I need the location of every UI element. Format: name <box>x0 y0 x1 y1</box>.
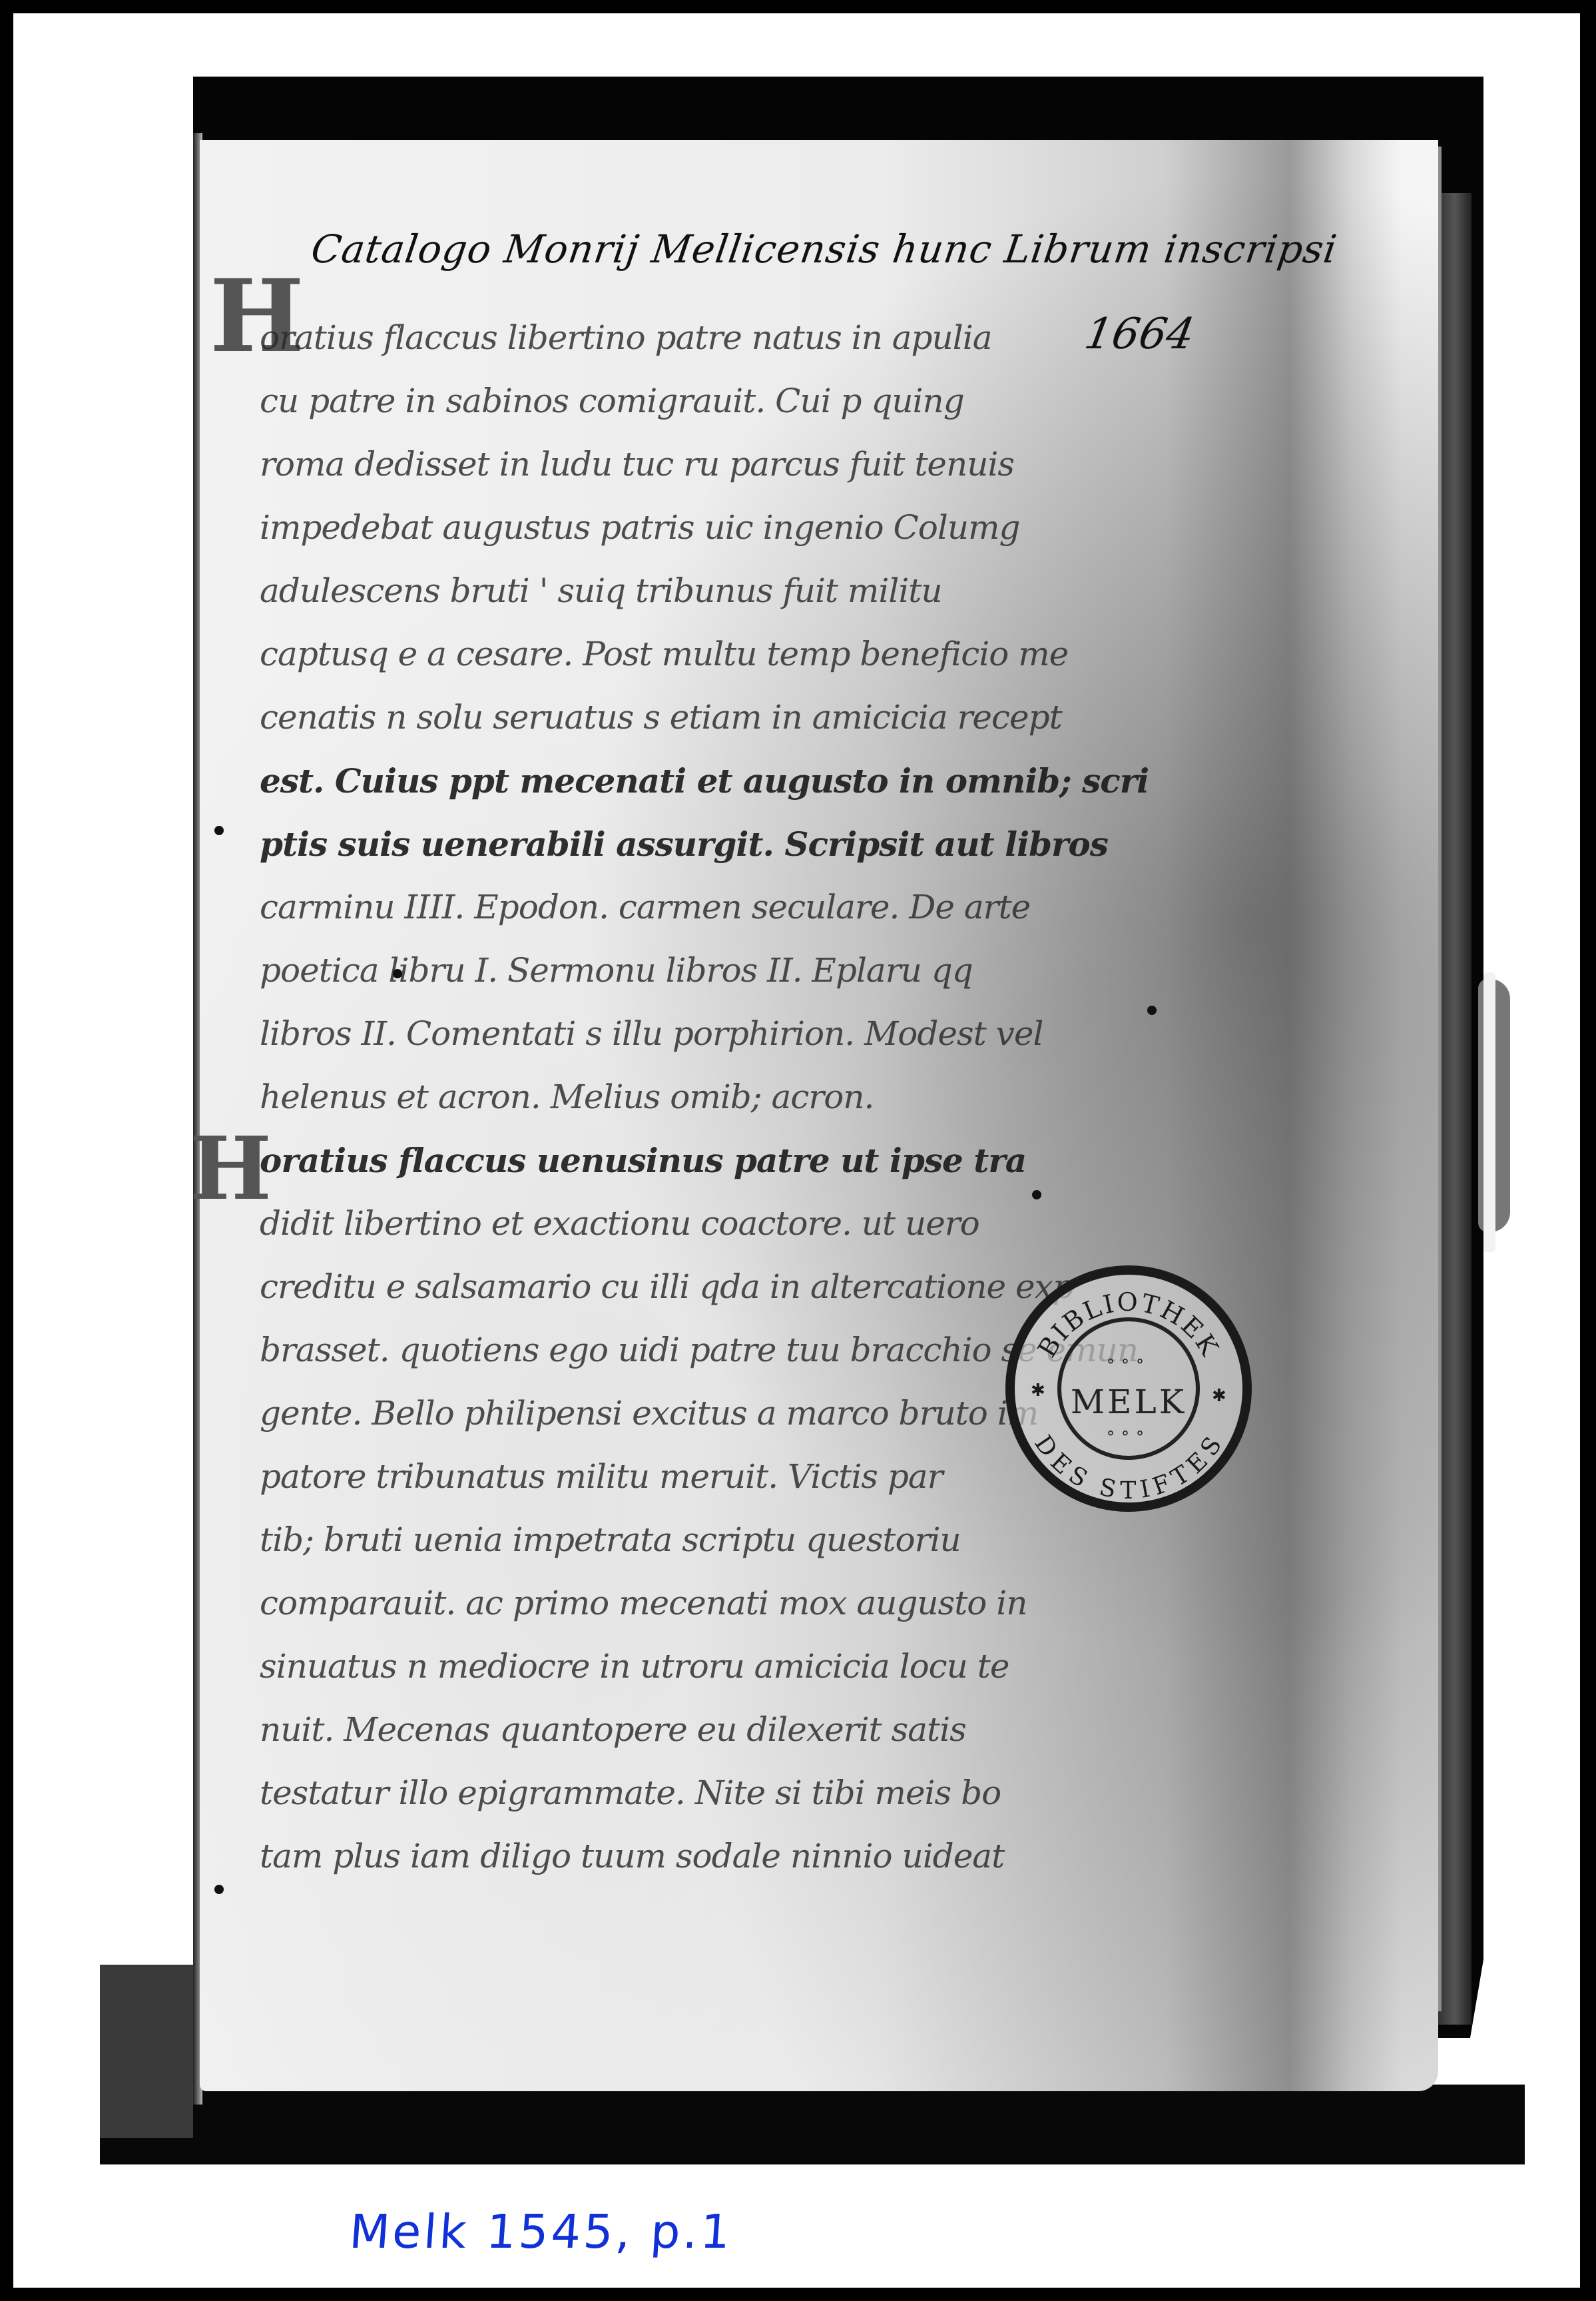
text-line: didit libertino et exactionu coactore. u… <box>260 1192 1045 1255</box>
text-line: gente. Bello philipensi excitus a marco … <box>260 1382 1045 1445</box>
text-line: oratius flaccus libertino patre natus in… <box>260 306 1045 370</box>
text-line: poetica libru I. Sermonu libros II. Epla… <box>260 939 1045 1002</box>
stamp-inner-ring: °°° MELK °°° <box>1057 1317 1200 1460</box>
text-line: brasset. quotiens ego uidi patre tuu bra… <box>260 1319 1045 1382</box>
stamp-center-text: MELK <box>1061 1383 1196 1421</box>
manuscript-text: oratius flaccus libertino patre natus in… <box>260 306 1045 1888</box>
text-line: tib; bruti uenia impetrata scriptu quest… <box>260 1508 1045 1572</box>
stamp-ornament: °°° <box>1061 1356 1196 1375</box>
text-line: patore tribunatus militu meruit. Victis … <box>260 1445 1045 1508</box>
library-stamp: BIBLIOTHEK DES STIFTES ✱ ✱ °°° MELK °°° <box>1005 1265 1252 1512</box>
text-line: helenus et acron. Melius omib; acron. <box>260 1066 1045 1129</box>
catalog-annotation: Catalogo Monrij Mellicensis hunc Librum … <box>308 226 1340 272</box>
asterisk-icon: ✱ <box>1212 1386 1226 1406</box>
stamp-ornament: °°° <box>1061 1428 1196 1447</box>
ink-spot <box>214 1885 224 1894</box>
text-line: adulescens bruti ' suiq tribunus fuit mi… <box>260 559 1045 623</box>
text-line: cenatis n solu seruatus s etiam in amici… <box>260 686 1045 749</box>
asterisk-icon: ✱ <box>1031 1381 1045 1401</box>
ink-spot <box>1032 1190 1041 1199</box>
text-line: comparauit. ac primo mecenati mox august… <box>260 1572 1045 1635</box>
text-line: carminu IIII. Epodon. carmen seculare. D… <box>260 876 1045 939</box>
photo-bottom-shadow <box>100 2085 1525 2164</box>
text-line: cu patre in sabinos comigrauit. Cui p qu… <box>260 370 1045 433</box>
text-line: creditu e salsamario cu illi qda in alte… <box>260 1255 1045 1319</box>
text-line: impedebat augustus patris uic ingenio Co… <box>260 496 1045 559</box>
flyleaf <box>100 77 193 2121</box>
text-line: ptis suis uenerabili assurgit. Scripsit … <box>260 813 1045 876</box>
text-line: sinuatus n mediocre in utroru amicicia l… <box>260 1635 1045 1698</box>
ink-spot <box>1147 1006 1157 1015</box>
text-line: nuit. Mecenas quantopere eu dilexerit sa… <box>260 1698 1045 1762</box>
text-line: oratius flaccus uenusinus patre ut ipse … <box>260 1129 1045 1192</box>
right-cover-board <box>1438 193 1471 2025</box>
text-line: est. Cuius ppt mecenati et augusto in om… <box>260 749 1045 813</box>
text-line: roma dedisset in ludu tuc ru parcus fuit… <box>260 433 1045 496</box>
ink-spot <box>393 969 402 978</box>
text-line: tam plus iam diligo tuum sodale ninnio u… <box>260 1825 1045 1888</box>
clasp-pin-icon <box>1483 972 1495 1252</box>
left-cover-board <box>100 1965 193 2138</box>
text-line: testatur illo epigrammate. Nite si tibi … <box>260 1762 1045 1825</box>
text-line: libros II. Comentati s illu porphirion. … <box>260 1002 1045 1066</box>
ink-spot <box>214 826 224 835</box>
shelfmark-label: Melk 1545, p.1 <box>348 2204 734 2259</box>
text-line: captusq e a cesare. Post multu temp bene… <box>260 623 1045 686</box>
year-annotation: 1664 <box>1081 310 1198 359</box>
